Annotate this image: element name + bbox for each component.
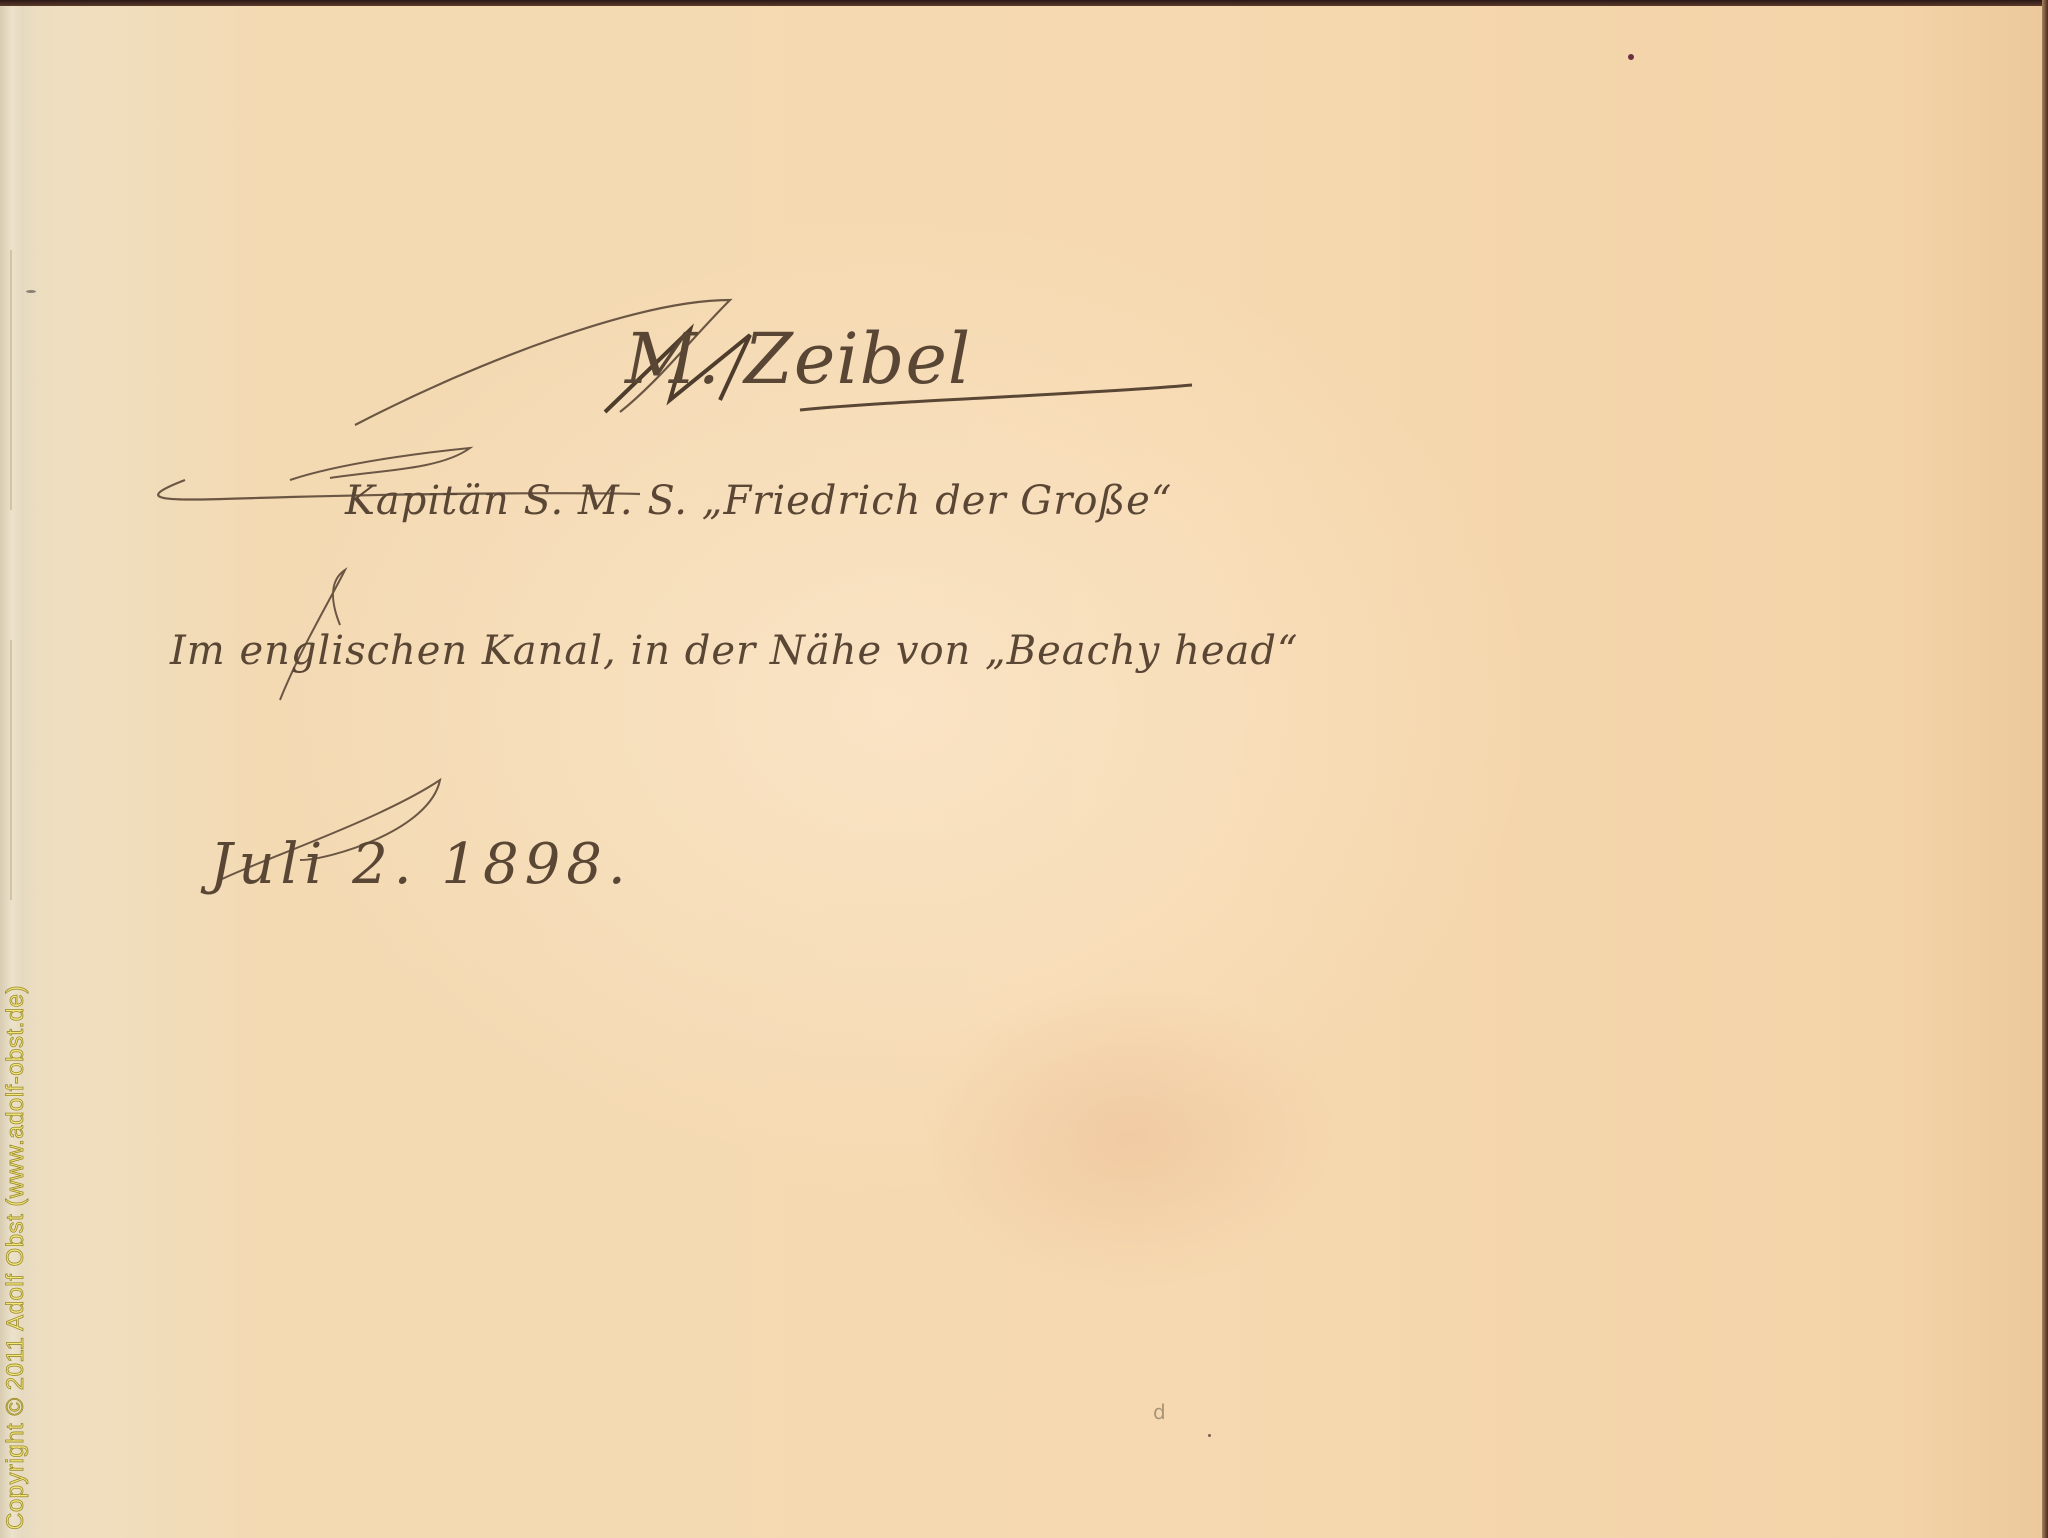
- entry-date: Juli 2. 1898.: [210, 832, 632, 897]
- page-top-edge: [0, 0, 2048, 6]
- binding-crease: [10, 250, 12, 510]
- copyright-watermark: Copyright © 2011 Adolf Obst (www.adolf-o…: [2, 985, 30, 1530]
- ink-speck: [1208, 1434, 1211, 1437]
- binding-crease: [10, 640, 12, 900]
- album-page: [0, 6, 2042, 1538]
- entry-line-rank-ship: Kapitän S. M. S. „Friedrich der Große“: [345, 478, 1172, 524]
- paper-mark: [26, 290, 36, 293]
- entry-line-location: Im englischen Kanal, in der Nähe von „Be…: [170, 628, 1298, 674]
- page-right-edge: [2042, 0, 2048, 1538]
- pencil-page-mark: d: [1153, 1400, 1166, 1424]
- signature: M. Zeibel: [625, 318, 971, 400]
- ink-speck: [1628, 54, 1634, 60]
